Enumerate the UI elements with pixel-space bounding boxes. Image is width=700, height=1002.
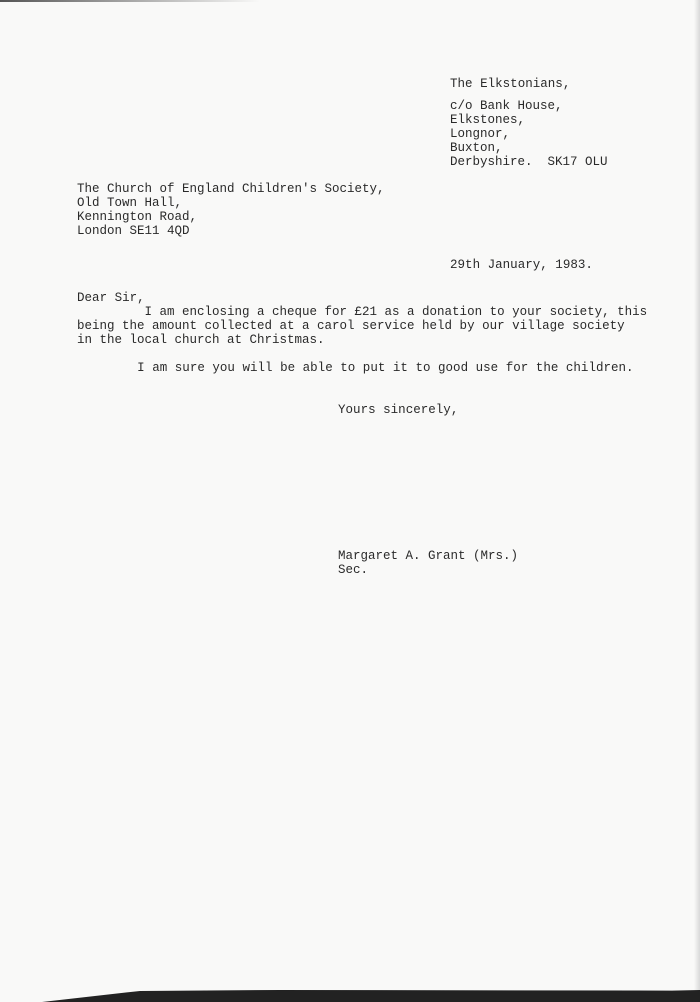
letter-date: 29th January, 1983.	[450, 258, 593, 272]
recipient-line: Old Town Hall,	[77, 196, 385, 210]
signatory-title: Sec.	[338, 563, 518, 577]
recipient-address: The Church of England Children's Society…	[77, 182, 385, 238]
letter-page: The Elkstonians, c/o Bank House, Elkston…	[0, 0, 700, 1002]
sender-address: c/o Bank House, Elkstones, Longnor, Buxt…	[450, 99, 608, 169]
recipient-line: London SE11 4QD	[77, 224, 385, 238]
body-line: being the amount collected at a carol se…	[77, 319, 647, 333]
signature-block: Margaret A. Grant (Mrs.) Sec.	[338, 549, 518, 577]
signatory-name: Margaret A. Grant (Mrs.)	[338, 549, 518, 563]
body-paragraph-1: I am enclosing a cheque for £21 as a don…	[77, 305, 647, 347]
sender-address-line: Longnor,	[450, 127, 608, 141]
recipient-line: Kennington Road,	[77, 210, 385, 224]
recipient-line: The Church of England Children's Society…	[77, 182, 385, 196]
sender-address-line: Elkstones,	[450, 113, 608, 127]
body-line: I am enclosing a cheque for £21 as a don…	[77, 305, 647, 319]
sender-address-line: Buxton,	[450, 141, 608, 155]
scan-edge-bottom	[0, 990, 700, 1002]
scan-edge-top	[0, 0, 260, 2]
body-line: in the local church at Christmas.	[77, 333, 647, 347]
sender-name: The Elkstonians,	[450, 77, 570, 91]
closing: Yours sincerely,	[338, 403, 458, 417]
salutation: Dear Sir,	[77, 291, 145, 305]
body-paragraph-2: I am sure you will be able to put it to …	[77, 361, 634, 375]
sender-address-line: c/o Bank House,	[450, 99, 608, 113]
sender-address-line: Derbyshire. SK17 OLU	[450, 155, 608, 169]
scan-edge-right	[694, 0, 700, 1002]
